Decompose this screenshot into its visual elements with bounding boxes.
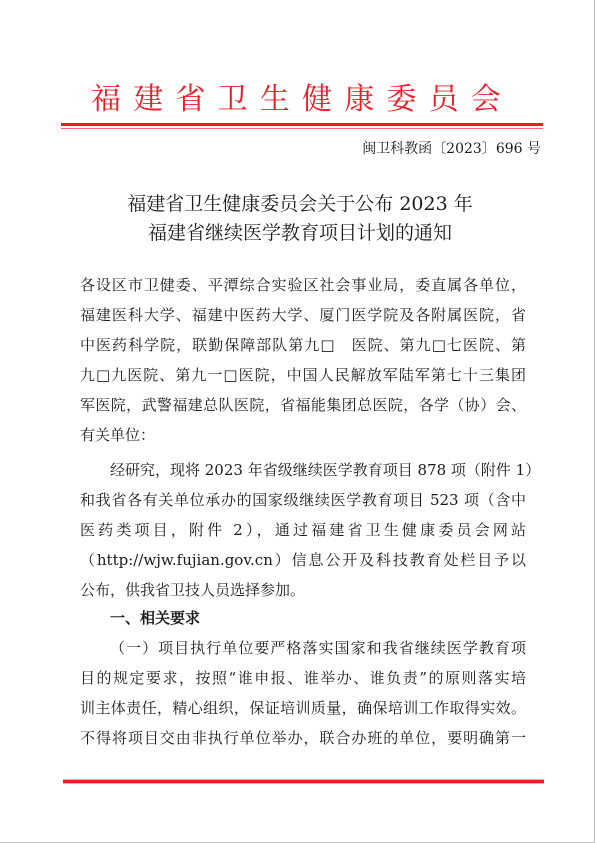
- addressee-line: 福建医科大学、福建中医药大学、厦门医学院及各附属医院，省: [80, 300, 526, 330]
- letterhead-org-name: 福建省卫生健康委员会: [61, 80, 543, 120]
- section-line: 目的规定要求，按照“谁申报、谁举办、谁负责”的原则落实培: [80, 663, 526, 693]
- footer-red-rule: [63, 780, 544, 783]
- paragraph-line: 经研究，现将 2023 年省级继续医学教育项目 878 项（附件 1）: [80, 455, 526, 485]
- section-line: 训主体责任，精心组织，保证培训质量，确保培训工作取得实效。: [80, 693, 526, 723]
- paragraph-line: 医药类项目，附件 2），通过福建省卫生健康委员会网站: [80, 515, 526, 545]
- section-heading-requirements: 一、相关要求: [110, 606, 200, 630]
- addressee-line: 各设区市卫健委、平潭综合实验区社会事业局，委直属各单位，: [80, 270, 526, 300]
- title-line-2: 福建省继续医学教育项目计划的通知: [60, 219, 540, 248]
- addressees-block: 各设区市卫健委、平潭综合实验区社会事业局，委直属各单位， 福建医科大学、福建中医…: [80, 270, 526, 450]
- letterhead-red-rule: [61, 123, 543, 126]
- addressee-line: 九□九医院、第九一□医院，中国人民解放军陆军第七十三集团: [80, 360, 526, 390]
- letterhead-red-rule-thin: [61, 128, 543, 129]
- paragraph-1: 经研究，现将 2023 年省级继续医学教育项目 878 项（附件 1） 和我省各…: [80, 455, 526, 605]
- document-title: 福建省卫生健康委员会关于公布 2023 年 福建省继续医学教育项目计划的通知: [60, 190, 540, 248]
- paragraph-line: 和我省各有关单位承办的国家级继续医学教育项目 523 项（含中: [80, 485, 526, 515]
- paragraph-line: 公布，供我省卫技人员选择参加。: [80, 575, 526, 605]
- title-line-1: 福建省卫生健康委员会关于公布 2023 年: [60, 190, 540, 219]
- addressee-line: 中医药科学院，联勤保障部队第九□ 医院、第九□七医院、第: [80, 330, 526, 360]
- addressee-line: 有关单位：: [80, 420, 526, 450]
- document-number: 闽卫科教函〔2023〕696 号: [362, 139, 541, 159]
- section-1-body: （一）项目执行单位要严格落实国家和我省继续医学教育项 目的规定要求，按照“谁申报…: [80, 633, 526, 753]
- addressee-line: 军医院，武警福建总队医院，省福能集团总医院，各学（协）会、: [80, 390, 526, 420]
- section-line: 不得将项目交由非执行单位举办，联合办班的单位，要明确第一: [80, 723, 526, 753]
- document-page: 福建省卫生健康委员会 闽卫科教函〔2023〕696 号 福建省卫生健康委员会关于…: [0, 0, 595, 843]
- section-line: （一）项目执行单位要严格落实国家和我省继续医学教育项: [80, 633, 526, 663]
- paragraph-line: （http://wjw.fujian.gov.cn）信息公开及科技教育处栏目予以: [80, 545, 526, 575]
